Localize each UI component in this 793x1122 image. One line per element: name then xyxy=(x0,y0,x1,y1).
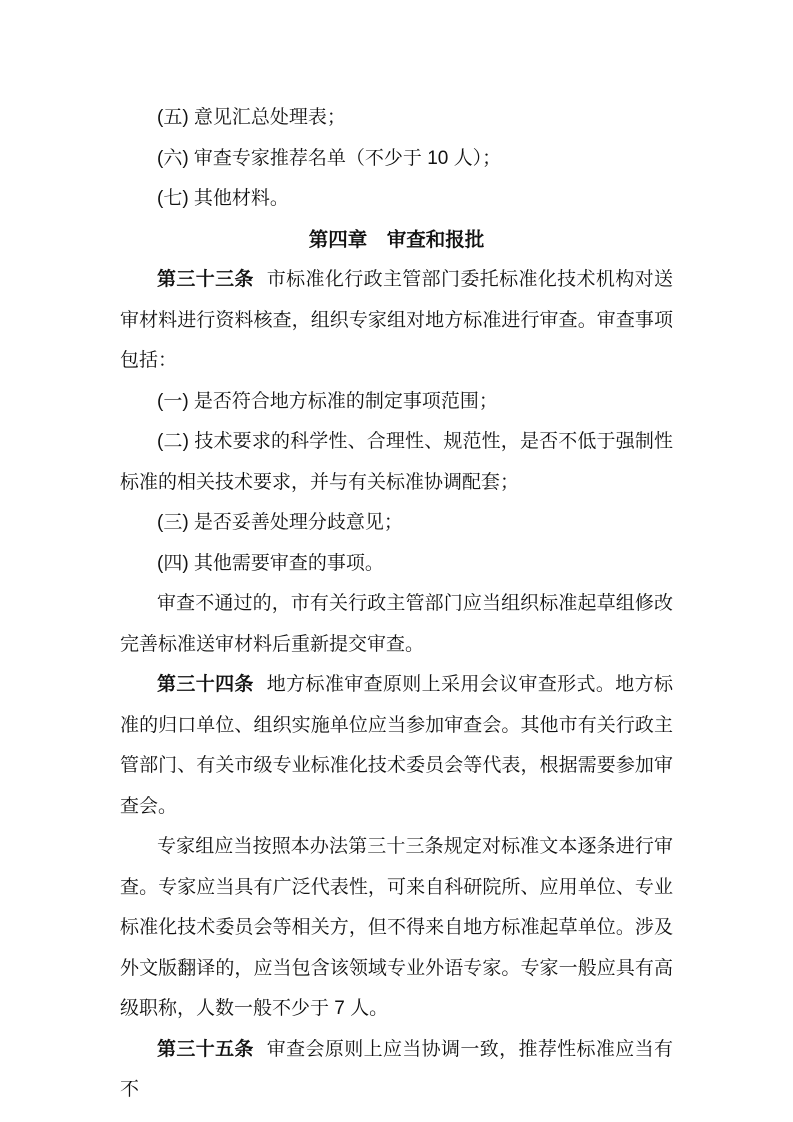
list-item-6: (六) 审查专家推荐名单（不少于 10 人）； xyxy=(120,139,673,180)
list-item-3: (三) 是否妥善处理分歧意见； xyxy=(120,503,673,544)
article-34-number: 第三十四条 xyxy=(157,674,254,695)
paragraph-expert-group: 专家组应当按照本办法第三十三条规定对标准文本逐条进行审查。专家应当具有广泛代表性… xyxy=(120,827,673,1030)
list-item-4: (四) 其他需要审查的事项。 xyxy=(120,544,673,585)
chapter-heading: 第四章 审查和报批 xyxy=(120,220,673,261)
article-33-number: 第三十三条 xyxy=(157,269,254,290)
list-item-7: (七) 其他材料。 xyxy=(120,179,673,220)
article-33: 第三十三条市标准化行政主管部门委托标准化技术机构对送审材料进行资料核查，组织专家… xyxy=(120,260,673,382)
list-item-1: (一) 是否符合地方标准的制定事项范围； xyxy=(120,382,673,423)
article-35-number: 第三十五条 xyxy=(157,1039,254,1060)
document-content: (五) 意见汇总处理表； (六) 审查专家推荐名单（不少于 10 人）； (七)… xyxy=(120,98,673,1111)
document-page: (五) 意见汇总处理表； (六) 审查专家推荐名单（不少于 10 人）； (七)… xyxy=(0,0,793,1122)
list-item-2: (二) 技术要求的科学性、合理性、规范性，是否不低于强制性标准的相关技术要求，并… xyxy=(120,422,673,503)
paragraph-review-failed: 审查不通过的，市有关行政主管部门应当组织标准起草组修改完善标准送审材料后重新提交… xyxy=(120,584,673,665)
article-34: 第三十四条地方标准审查原则上采用会议审查形式。地方标准的归口单位、组织实施单位应… xyxy=(120,665,673,827)
article-35: 第三十五条审查会原则上应当协调一致，推荐性标准应当有不 xyxy=(120,1030,673,1111)
list-item-5: (五) 意见汇总处理表； xyxy=(120,98,673,139)
article-34-text: 地方标准审查原则上采用会议审查形式。地方标准的归口单位、组织实施单位应当参加审查… xyxy=(120,674,673,817)
